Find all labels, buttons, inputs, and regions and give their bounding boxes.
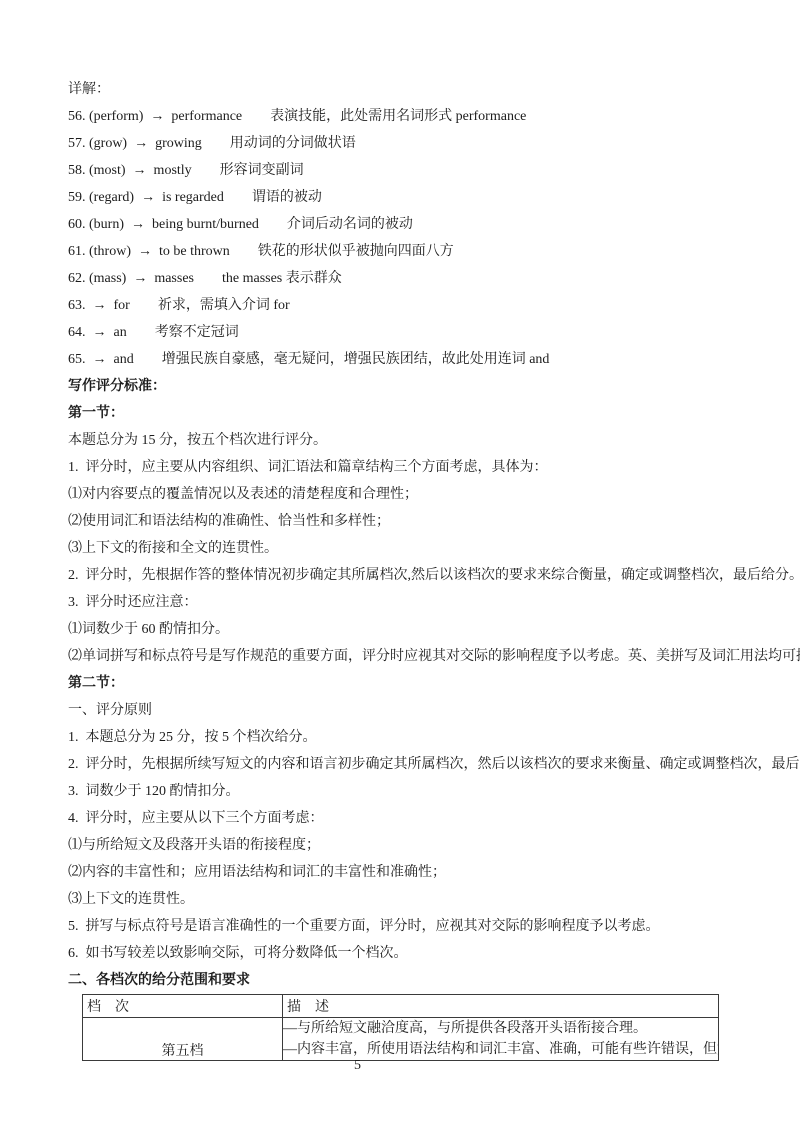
text-line: 60. (burn) → being burnt/burned 介词后动名词的被… [68, 211, 748, 238]
text-line: ⑶上下文的衔接和全文的连贯性。 [68, 535, 748, 562]
description-cell: —与所给短文融洽度高，与所提供各段落开头语衔接合理。 —内容丰富，所使用语法结构… [283, 1018, 719, 1061]
text-line: 4. 评分时，应主要从以下三个方面考虑： [68, 805, 748, 832]
text-line: 第一节： [68, 400, 748, 427]
text-line: 65. → and 增强民族自豪感，毫无疑问，增强民族团结，故此处用连词 and [68, 346, 748, 373]
text-line: ⑵内容的丰富性和；应用语法结构和词汇的丰富性和准确性； [68, 859, 748, 886]
text-line: ⑵使用词汇和语法结构的准确性、恰当性和多样性； [68, 508, 748, 535]
score-level-table: 档 次 描 述 第五档 —与所给短文融洽度高，与所提供各段落开头语衔接合理。 —… [82, 994, 719, 1061]
level-cell: 第五档 [83, 1018, 283, 1061]
table-row: 第五档 —与所给短文融洽度高，与所提供各段落开头语衔接合理。 —内容丰富，所使用… [83, 1018, 719, 1061]
description-line: —与所给短文融洽度高，与所提供各段落开头语衔接合理。 [283, 1018, 718, 1039]
page-number: 5 [0, 1058, 715, 1074]
text-line: 1. 评分时，应主要从内容组织、词汇语法和篇章结构三个方面考虑，具体为： [68, 454, 748, 481]
text-line: 1. 本题总分为 25 分，按 5 个档次给分。 [68, 724, 748, 751]
document-lines: 详解：56. (perform) → performance 表演技能，此处需用… [68, 76, 748, 994]
text-line: 详解： [68, 76, 748, 103]
text-line: 57. (grow) → growing 用动词的分词做状语 [68, 130, 748, 157]
text-line: 3. 词数少于 120 酌情扣分。 [68, 778, 748, 805]
text-line: 2. 评分时，先根据作答的整体情况初步确定其所属档次,然后以该档次的要求来综合衡… [68, 562, 748, 589]
text-line: ⑶上下文的连贯性。 [68, 886, 748, 913]
table-header-row: 档 次 描 述 [83, 995, 719, 1018]
text-line: 二、各档次的给分范围和要求 [68, 967, 748, 994]
text-line: ⑴与所给短文及段落开头语的衔接程度； [68, 832, 748, 859]
table-header-description: 描 述 [283, 995, 719, 1018]
text-line: 本题总分为 15 分，按五个档次进行评分。 [68, 427, 748, 454]
text-line: 5. 拼写与标点符号是语言准确性的一个重要方面，评分时，应视其对交际的影响程度予… [68, 913, 748, 940]
text-line: ⑵单词拼写和标点符号是写作规范的重要方面，评分时应视其对交际的影响程度予以考虑。… [68, 643, 748, 670]
text-line: 3. 评分时还应注意： [68, 589, 748, 616]
text-line: 61. (throw) → to be thrown 铁花的形状似乎被抛向四面八… [68, 238, 748, 265]
text-line: ⑴对内容要点的覆盖情况以及表述的清楚程度和合理性； [68, 481, 748, 508]
text-line: 64. → an 考察不定冠词 [68, 319, 748, 346]
document-page: 详解：56. (perform) → performance 表演技能，此处需用… [0, 0, 800, 1131]
text-line: 56. (perform) → performance 表演技能，此处需用名词形… [68, 103, 748, 130]
text-line: ⑴词数少于 60 酌情扣分。 [68, 616, 748, 643]
text-line: 63. → for 祈求，需填入介词 for [68, 292, 748, 319]
text-line: 59. (regard) → is regarded 谓语的被动 [68, 184, 748, 211]
text-line: 第二节： [68, 670, 748, 697]
text-line: 58. (most) → mostly 形容词变副词 [68, 157, 748, 184]
text-line: 写作评分标准： [68, 373, 748, 400]
text-line: 6. 如书写较差以致影响交际，可将分数降低一个档次。 [68, 940, 748, 967]
description-line: —内容丰富，所使用语法结构和词汇丰富、准确，可能有些许错误，但完全不影响意 [283, 1039, 718, 1060]
text-line: 2. 评分时，先根据所续写短文的内容和语言初步确定其所属档次，然后以该档次的要求… [68, 751, 748, 778]
text-line: 一、评分原则 [68, 697, 748, 724]
table-header-level: 档 次 [83, 995, 283, 1018]
text-line: 62. (mass) → masses the masses 表示群众 [68, 265, 748, 292]
